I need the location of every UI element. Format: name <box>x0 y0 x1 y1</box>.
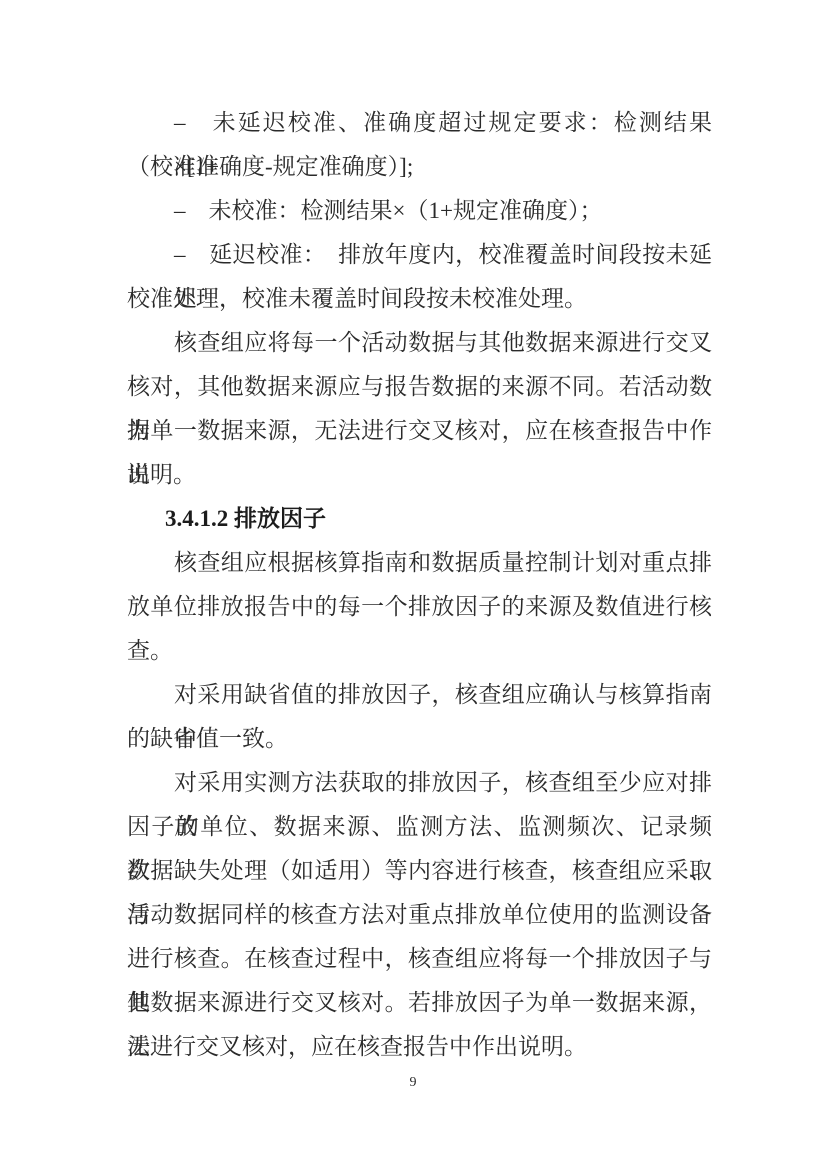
text-line: 核查组应根据核算指南和数据质量控制计划对重点排 <box>127 541 712 585</box>
text-line: 法进行交叉核对，应在核查报告中作出说明。 <box>127 1025 712 1069</box>
paragraph: 对采用缺省值的排放因子，核查组应确认与核算指南中的缺省值一致。 <box>127 673 712 761</box>
paragraph: 对采用实测方法获取的排放因子，核查组至少应对排放因子的单位、数据来源、监测方法、… <box>127 761 712 1069</box>
text-line: 3.4.1.2 排放因子 <box>127 497 712 541</box>
document-content: – 未延迟校准、准确度超过规定要求：检测结果×[1+（校准准确度-规定准确度）]… <box>127 101 712 1069</box>
text-line: – 未校准：检测结果×（1+规定准确度）； <box>127 189 712 233</box>
text-line: 核查组应将每一个活动数据与其他数据来源进行交叉 <box>127 321 712 365</box>
text-line: 放单位排放报告中的每一个排放因子的来源及数值进行核 <box>127 585 712 629</box>
text-line: – 延迟校准： 排放年度内，校准覆盖时间段按未延迟 <box>127 233 712 277</box>
text-line: 为单一数据来源，无法进行交叉核对，应在核查报告中作出 <box>127 409 712 453</box>
text-line: 校准处理，校准未覆盖时间段按未校准处理。 <box>127 277 712 321</box>
paragraph: 核查组应将每一个活动数据与其他数据来源进行交叉核对，其他数据来源应与报告数据的来… <box>127 321 712 497</box>
text-line: 活动数据同样的核查方法对重点排放单位使用的监测设备 <box>127 893 712 937</box>
text-line: 进行核查。在核查过程中，核查组应将每一个排放因子与其 <box>127 937 712 981</box>
section-heading: 3.4.1.2 排放因子 <box>127 497 712 541</box>
text-line: 因子的单位、数据来源、监测方法、监测频次、记录频次、 <box>127 805 712 849</box>
list-item: – 未延迟校准、准确度超过规定要求：检测结果×[1+（校准准确度-规定准确度）]… <box>127 101 712 189</box>
text-line: 他数据来源进行交叉核对。若排放因子为单一数据来源，无 <box>127 981 712 1025</box>
list-item: – 延迟校准： 排放年度内，校准覆盖时间段按未延迟校准处理，校准未覆盖时间段按未… <box>127 233 712 321</box>
document-page: – 未延迟校准、准确度超过规定要求：检测结果×[1+（校准准确度-规定准确度）]… <box>0 0 826 1169</box>
paragraph: 核查组应根据核算指南和数据质量控制计划对重点排放单位排放报告中的每一个排放因子的… <box>127 541 712 673</box>
text-line: – 未延迟校准、准确度超过规定要求：检测结果×[1+ <box>127 101 712 145</box>
text-line: 对采用实测方法获取的排放因子，核查组至少应对排放 <box>127 761 712 805</box>
list-item: – 未校准：检测结果×（1+规定准确度）； <box>127 189 712 233</box>
text-line: 的缺省值一致。 <box>127 717 712 761</box>
text-line: 查。 <box>127 629 712 673</box>
text-line: 说明。 <box>127 453 712 497</box>
text-line: 数据缺失处理（如适用）等内容进行核查，核查组应采取与 <box>127 849 712 893</box>
text-line: 核对，其他数据来源应与报告数据的来源不同。若活动数据 <box>127 365 712 409</box>
page-number: 9 <box>0 1072 826 1094</box>
text-line: （校准准确度-规定准确度）]; <box>127 145 712 189</box>
text-line: 对采用缺省值的排放因子，核查组应确认与核算指南中 <box>127 673 712 717</box>
